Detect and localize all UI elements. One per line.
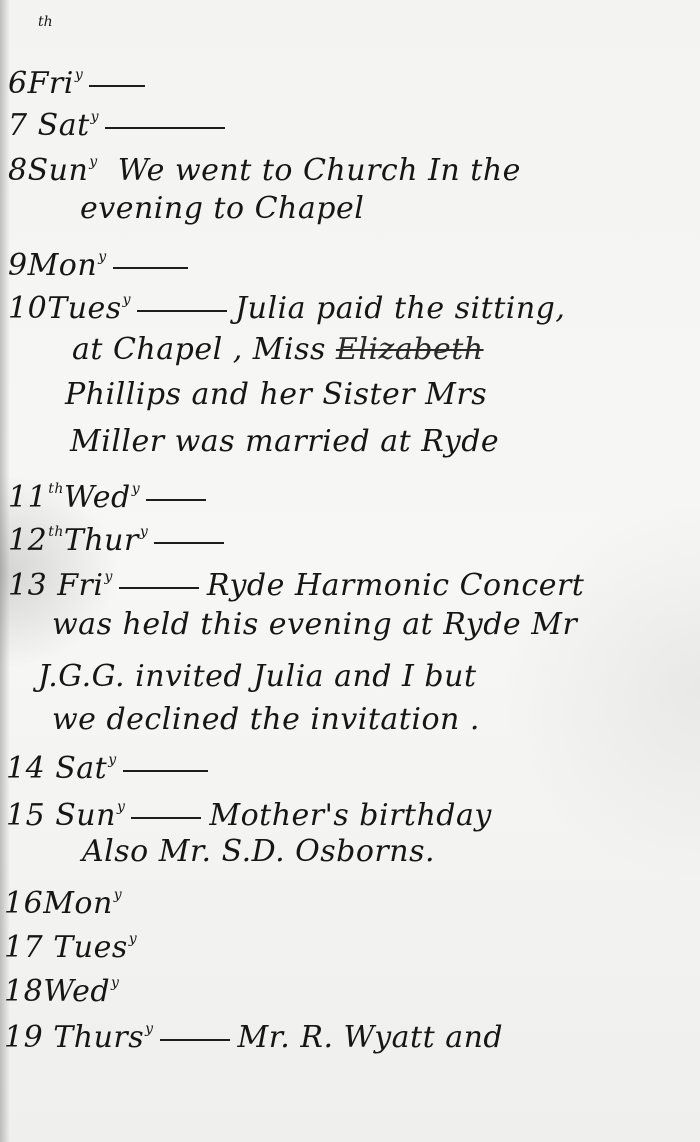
entry-text-continuation: J.G.G. invited Julia and I but [38,660,477,694]
entry-text: Ryde Harmonic Concert [207,569,584,603]
entry-day: Tues [47,292,121,326]
entry-13-continuation-2: J.G.G. invited Julia and I but [38,660,477,694]
entry-dash [137,310,227,312]
entry-15-continuation-1: Also Mr. S.D. Osborns. [82,835,435,869]
entry-day-suffix: y [111,975,119,991]
entry-day: Wed [64,481,131,515]
entry-date: 17 [4,931,43,965]
entry-8-continuation: evening to Chapel [80,192,364,226]
entry-date: 13 [8,569,47,603]
entry-dash [146,499,206,501]
entry-text-continuation: Phillips and her Sister Mrs [65,378,487,412]
entry-dash [105,127,225,129]
entry-dash [119,587,199,589]
entry-14: 14 Saty [6,743,216,786]
entry-day: Sun [28,154,89,188]
entry-6: 6Friy [8,58,153,101]
entry-day-suffix: y [114,887,122,903]
entry-day-suffix: y [75,67,83,83]
entry-12: 12thThury [8,515,232,558]
entry-day: Wed [43,975,110,1009]
entry-10-continuation-1: at Chapel , Miss Elizabeth [72,333,484,367]
entry-date: 16 [4,887,43,921]
entry-date-suffix: th [48,524,64,540]
entry-day-suffix: y [132,481,140,497]
entry-day: Fri [57,569,103,603]
entry-date: 12 [8,524,47,558]
entry-10-continuation-3: Miller was married at Ryde [70,425,499,459]
entry-10-continuation-2: Phillips and her Sister Mrs [65,378,487,412]
entry-dash [131,817,201,819]
entry-dash [160,1039,230,1041]
entry-dash [123,770,208,772]
entry-day: Sun [55,799,116,833]
entry-date: 18 [4,975,43,1009]
entry-text: Julia paid the sitting, [235,292,565,326]
entry-day: Mon [28,249,98,283]
entry-day-suffix: y [98,249,106,265]
entry-11: 11thWedy [8,472,214,515]
entry-date: 14 [6,752,45,786]
entry-text-continuation: Also Mr. S.D. Osborns. [82,835,435,869]
entry-day-suffix: y [140,524,148,540]
entry-day: Sat [38,109,90,143]
entry-day-suffix: y [89,154,97,170]
entry-dash [113,267,188,269]
entry-day-suffix: y [91,109,99,125]
entry-text-continuation: at Chapel , Miss Elizabeth [72,333,484,367]
entry-day: Fri [28,67,74,101]
entry-date: 6 [8,67,28,101]
entry-day: Thur [64,524,139,558]
entry-day: Sat [55,752,107,786]
entry-day: Thurs [53,1021,144,1055]
entry-text: Mother's birthday [209,799,491,833]
entry-date-suffix: th [48,481,64,497]
entry-13-continuation-1: was held this evening at Ryde Mr [52,608,577,642]
entry-16: 16Mony [4,878,122,921]
entry-7: 7 Saty [8,100,233,143]
entry-text: Mr. R. Wyatt and [238,1021,504,1055]
entry-text-continuation: was held this evening at Ryde Mr [52,608,577,642]
entry-18: 18Wedy [4,966,119,1009]
entry-date: 10 [8,292,47,326]
entry-day-suffix: y [108,752,116,768]
entry-text-continuation: we declined the invitation . [52,703,480,737]
entry-day-suffix: y [105,569,113,585]
entry-day-suffix: y [123,292,131,308]
entry-day: Mon [43,887,113,921]
entry-date: 7 [8,109,28,143]
entry-10: 10TuesyJulia paid the sitting, [8,283,565,326]
entry-19: 19 ThursyMr. R. Wyatt and [4,1012,503,1055]
entry-day-suffix: y [117,799,125,815]
entry-day: Tues [53,931,127,965]
entry-text-continuation: Miller was married at Ryde [70,425,499,459]
entry-date: 15 [6,799,45,833]
entry-text-continuation: evening to Chapel [80,192,364,226]
entry-date: 9 [8,249,28,283]
struck-word: Elizabeth [336,332,484,367]
entry-date: 19 [4,1021,43,1055]
entry-date: 8 [8,154,28,188]
entry-17: 17 Tuesy [4,922,137,965]
entry-15: 15 SunyMother's birthday [6,790,492,833]
entry-13-continuation-3: we declined the invitation . [52,703,480,737]
entry-date: 11 [8,481,47,515]
entry-text: We went to Church In the [118,154,521,188]
entry-dash [89,85,145,87]
entry-day-suffix: y [145,1021,153,1037]
top-mark: th [38,14,53,30]
entry-9: 9Mony [8,240,196,283]
entry-day-suffix: y [129,931,137,947]
entry-dash [154,542,224,544]
diary-page: th 6Friy 7 Saty 8Suny We went to Church … [0,0,700,1142]
entry-8: 8Suny We went to Church In the [8,145,521,188]
entry-13: 13 FriyRyde Harmonic Concert [8,560,584,603]
